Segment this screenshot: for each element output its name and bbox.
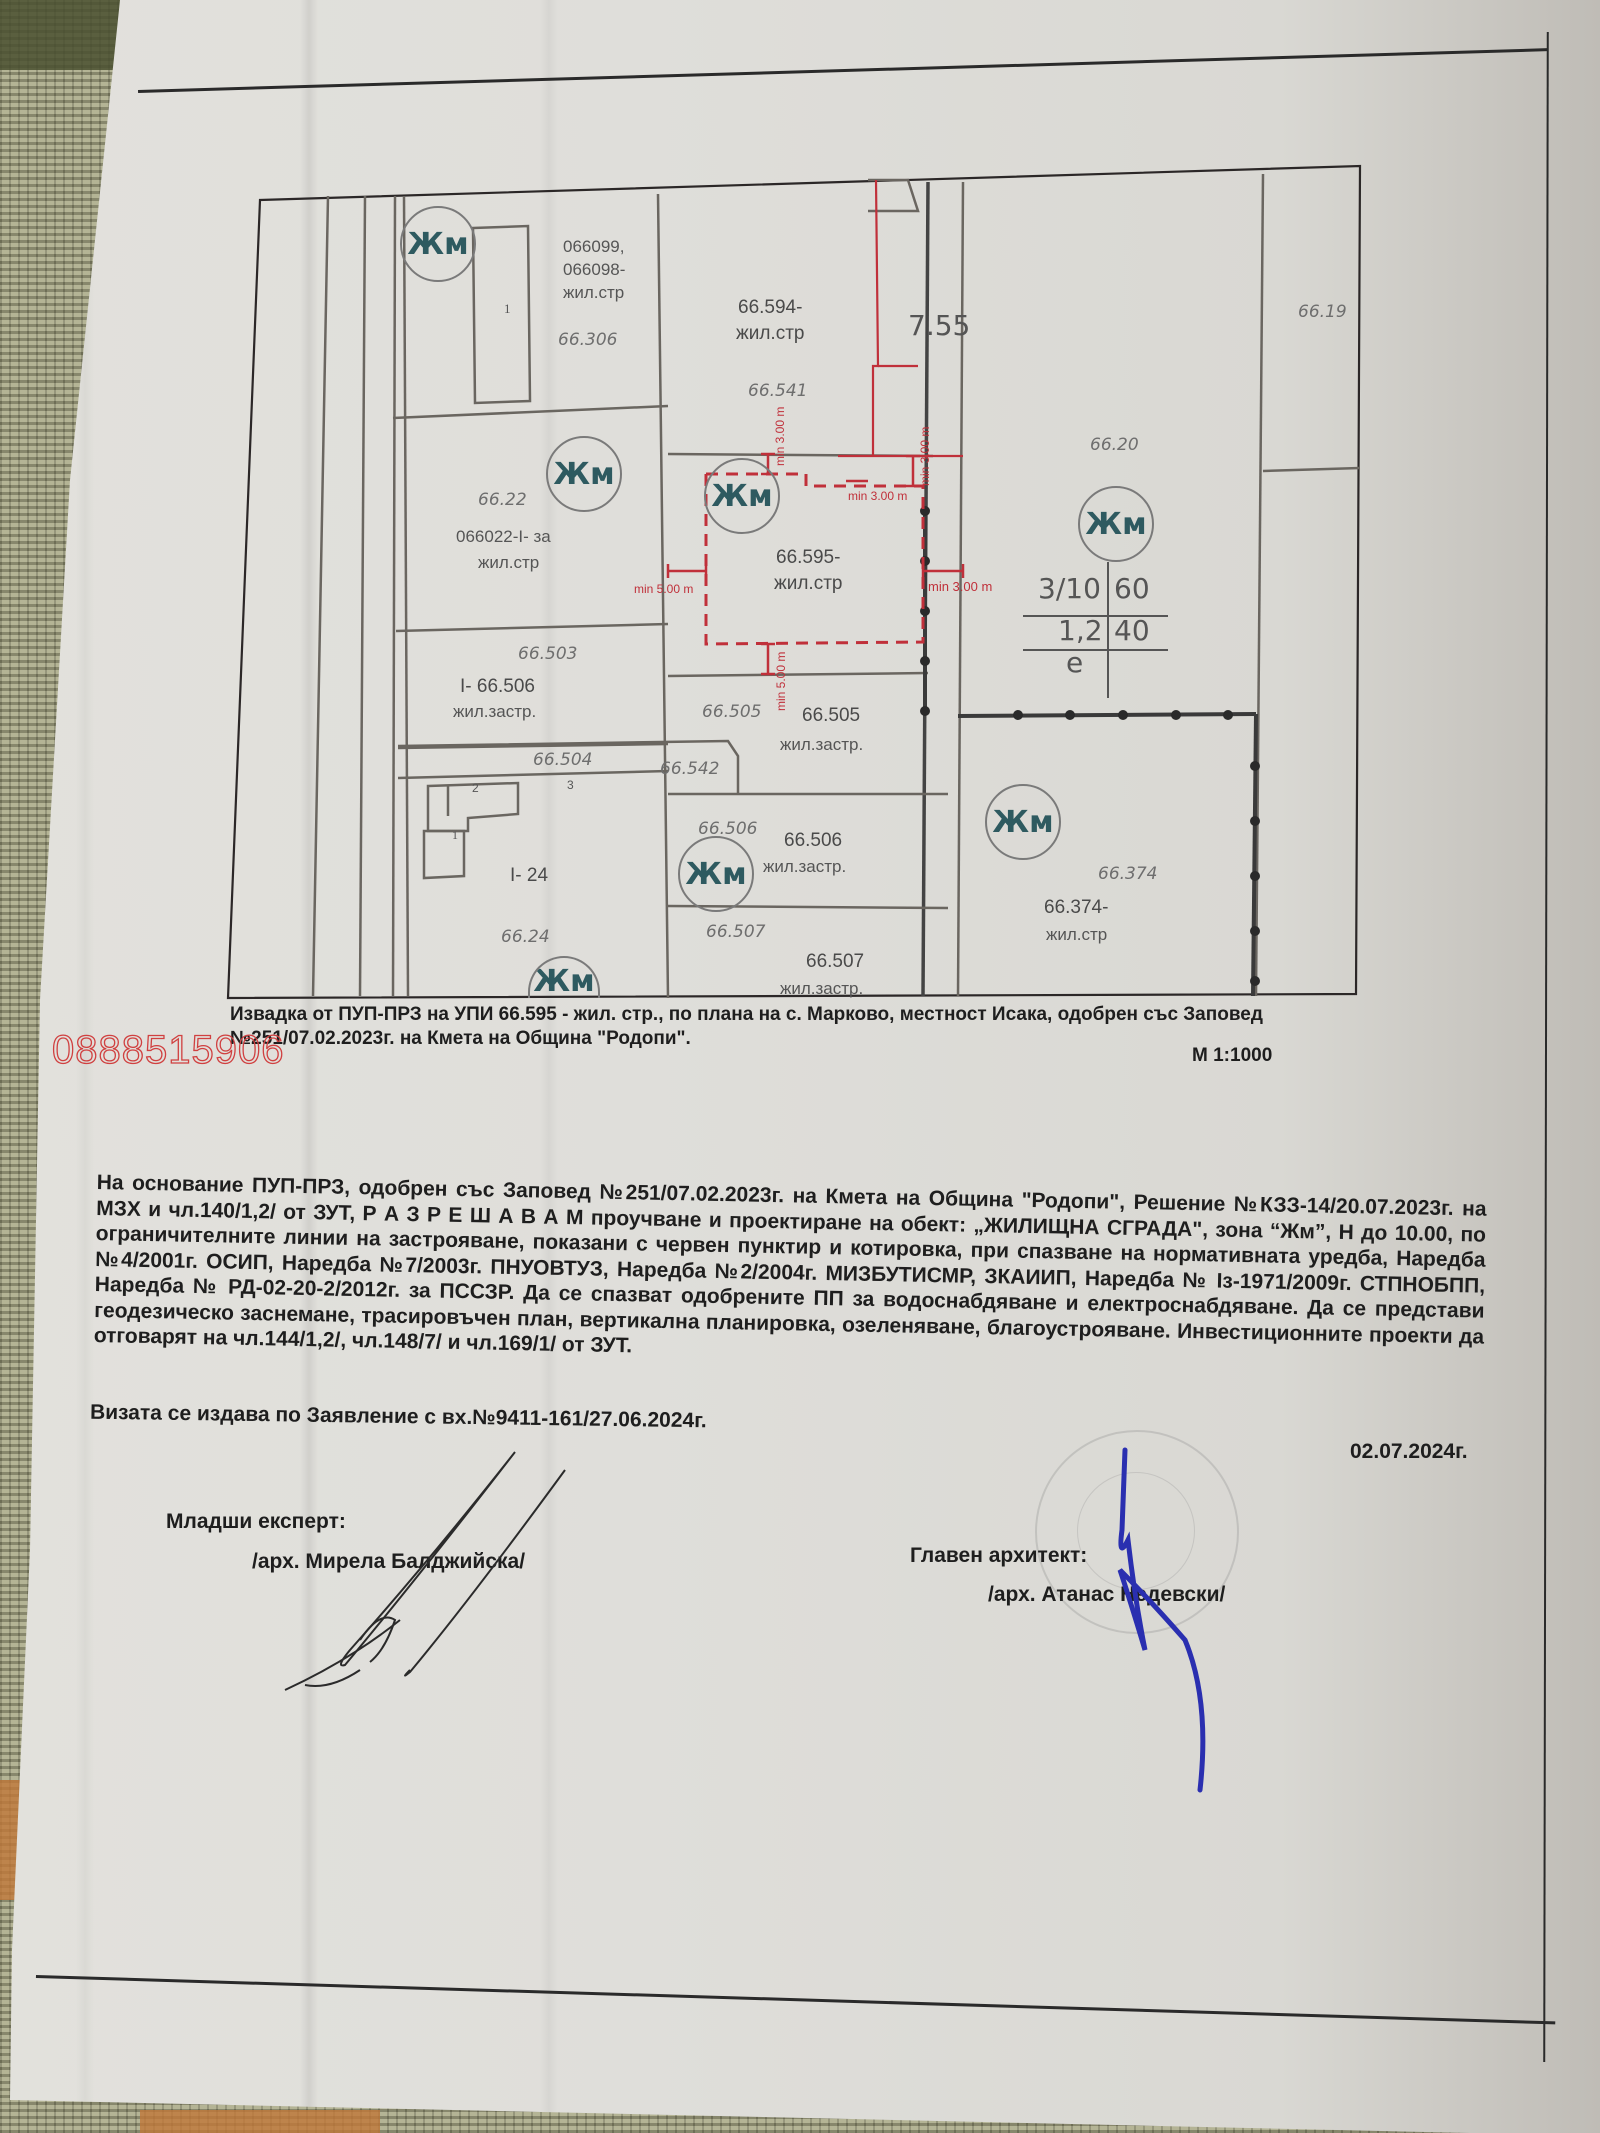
setback-bottom-label: min 5.00 m bbox=[774, 652, 790, 711]
parcel-id: 066022-I- за bbox=[456, 526, 551, 548]
zone-badge: Жм bbox=[985, 784, 1061, 860]
setback-right-label: min 3.00 m bbox=[928, 579, 992, 596]
zone-badge: Жм bbox=[400, 206, 476, 282]
parcel-use: жил.стр bbox=[1046, 924, 1107, 946]
frame-bottom-line bbox=[36, 1975, 1555, 2024]
param-density: 3/10 bbox=[1038, 572, 1101, 605]
chief-architect-title: Главен архитект: bbox=[910, 1544, 1087, 1568]
param-kint: 1,2 bbox=[1058, 614, 1103, 647]
phone-watermark: 0888515906 bbox=[52, 1028, 284, 1073]
subject-parcel-id: 66.595- bbox=[776, 546, 840, 571]
parcel-id: 66.506 bbox=[784, 829, 842, 854]
chief-architect-name: /арх. Атанас Недевски/ bbox=[988, 1583, 1225, 1607]
building-number: 1 bbox=[504, 301, 511, 318]
parcel-id: 66.505 bbox=[802, 704, 860, 729]
parcel-use: жил.застр. bbox=[453, 701, 536, 723]
cadastral-number: 66.374 bbox=[1098, 863, 1157, 885]
setback-top-right-label: min 3.00 m bbox=[918, 427, 934, 486]
parcel-use: жил.застр. bbox=[780, 978, 863, 1000]
subject-parcel-use: жил.стр bbox=[774, 572, 842, 597]
zone-badge: Жм bbox=[546, 436, 622, 512]
permit-paragraph: На основание ПУП-ПРЗ, одобрен със Запове… bbox=[94, 1170, 1487, 1375]
dimension-label: 7.55 bbox=[908, 309, 970, 342]
building-number: 3 bbox=[567, 778, 574, 794]
param-built-area: 60 bbox=[1114, 572, 1150, 605]
background-fabric-accent bbox=[140, 2110, 380, 2133]
zone-badge: Жм bbox=[678, 836, 754, 912]
frame-top-line bbox=[138, 48, 1547, 93]
corner-number: 66.542 bbox=[660, 758, 719, 780]
cadastral-number: 66.22 bbox=[478, 489, 527, 511]
parcel-id: 066099, bbox=[563, 236, 624, 258]
issue-date: 02.07.2024г. bbox=[1350, 1440, 1468, 1464]
map-caption: Извадка от ПУП-ПРЗ на УПИ 66.595 - жил. … bbox=[230, 1003, 1370, 1051]
cadastral-number: 66.507 bbox=[706, 921, 765, 943]
plan-excerpt-map: Жм Жм Жм Жм Жм Жм Жм 066099, 066098- жил… bbox=[228, 166, 1363, 998]
road-strip-number: 66.504 bbox=[533, 749, 592, 771]
document-page: Жм Жм Жм Жм Жм Жм Жм 066099, 066098- жил… bbox=[0, 0, 1600, 2133]
cadastral-number: 66.506 bbox=[698, 818, 757, 840]
parcel-use: жил.застр. bbox=[763, 856, 846, 878]
building-number: 2 bbox=[472, 781, 479, 797]
setback-top-left-label: min 3.00 m bbox=[773, 407, 789, 466]
parcel-use: жил.стр bbox=[478, 552, 539, 574]
setback-left-label: min 5.00 m bbox=[634, 582, 693, 598]
cadastral-number: 66.505 bbox=[702, 701, 761, 723]
junior-expert-name: /арх. Мирела Балджийска/ bbox=[252, 1550, 525, 1574]
cadastral-number: 66.503 bbox=[518, 643, 577, 665]
junior-expert-title: Младши експерт: bbox=[166, 1510, 346, 1534]
visa-line: Визата се издава по Заявление с вх.№9411… bbox=[90, 1401, 707, 1434]
zone-badge: Жм bbox=[1078, 486, 1154, 562]
cadastral-number: 66.19 bbox=[1298, 301, 1347, 323]
param-type: e bbox=[1066, 646, 1083, 679]
parcel-id: I- 66.506 bbox=[460, 675, 535, 700]
parcel-id: 66.374- bbox=[1044, 896, 1108, 921]
cadastral-number: 66.306 bbox=[558, 329, 617, 351]
parcel-use: жил.стр bbox=[563, 282, 624, 304]
parcel-id: 66.507 bbox=[806, 950, 864, 975]
param-green: 40 bbox=[1114, 614, 1150, 647]
parcel-id: 66.594- bbox=[738, 296, 802, 321]
map-scale: М 1:1000 bbox=[1192, 1045, 1272, 1067]
parcel-id: I- 24 bbox=[510, 864, 548, 889]
cadastral-number: 66.20 bbox=[1090, 434, 1139, 456]
cadastral-number: 66.24 bbox=[501, 926, 550, 948]
cadastral-number: 66.541 bbox=[748, 380, 807, 402]
parcel-id: 066098- bbox=[563, 259, 625, 281]
parcel-use: жил.застр. bbox=[780, 734, 863, 756]
building-number: 1 bbox=[452, 828, 458, 844]
parcel-use: жил.стр bbox=[736, 322, 804, 347]
setback-top-mid-label: min 3.00 m bbox=[848, 489, 907, 505]
frame-right-line bbox=[1543, 32, 1549, 2062]
zone-badge: Жм bbox=[704, 458, 780, 534]
